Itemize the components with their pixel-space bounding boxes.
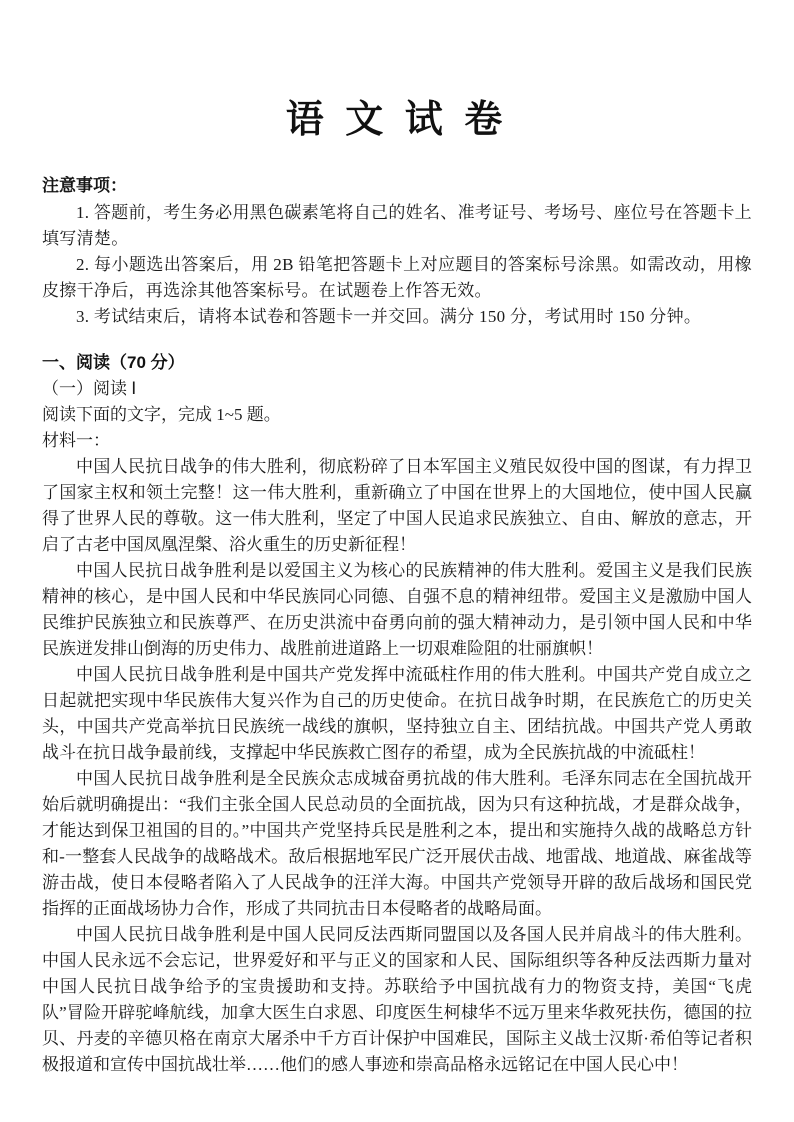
notice-item-1: 1. 答题前，考生务必用黑色碳素笔将自己的姓名、准考证号、考场号、座位号在答题卡… (42, 200, 752, 252)
material-paragraph-5: 中国人民抗日战争胜利是中国人民同反法西斯同盟国以及各国人民并肩战斗的伟大胜利。中… (42, 922, 752, 1078)
section-subheading: （一）阅读 Ⅰ (42, 376, 752, 402)
page-title: 语 文 试 卷 (42, 96, 752, 144)
material-text: 中国人民抗日战争的伟大胜利，彻底粉碎了日本军国主义殖民奴役中国的图谋，有力捍卫了… (42, 454, 752, 1078)
notice-section: 注意事项： 1. 答题前，考生务必用黑色碳素笔将自己的姓名、准考证号、考场号、座… (42, 174, 752, 330)
material-paragraph-3: 中国人民抗日战争胜利是中国共产党发挥中流砥柱作用的伟大胜利。中国共产党自成立之日… (42, 662, 752, 766)
material-label: 材料一： (42, 428, 752, 454)
reading-instruction: 阅读下面的文字，完成 1~5 题。 (42, 402, 752, 428)
exam-paper-page: 语 文 试 卷 注意事项： 1. 答题前，考生务必用黑色碳素笔将自己的姓名、准考… (0, 0, 794, 1122)
material-paragraph-1: 中国人民抗日战争的伟大胜利，彻底粉碎了日本军国主义殖民奴役中国的图谋，有力捍卫了… (42, 454, 752, 558)
material-paragraph-4: 中国人民抗日战争胜利是全民族众志成城奋勇抗战的伟大胜利。毛泽东同志在全国抗战开始… (42, 766, 752, 922)
notice-heading: 注意事项： (42, 174, 752, 198)
reading-section: 一、阅读（70 分） （一）阅读 Ⅰ 阅读下面的文字，完成 1~5 题。 材料一… (42, 350, 752, 1078)
notice-item-3: 3. 考试结束后，请将本试卷和答题卡一并交回。满分 150 分，考试用时 150… (42, 304, 752, 330)
notice-item-2: 2. 每小题选出答案后，用 2B 铅笔把答题卡上对应题目的答案标号涂黑。如需改动… (42, 252, 752, 304)
material-paragraph-2: 中国人民抗日战争胜利是以爱国主义为核心的民族精神的伟大胜利。爱国主义是我们民族精… (42, 558, 752, 662)
section-heading: 一、阅读（70 分） (42, 350, 752, 376)
